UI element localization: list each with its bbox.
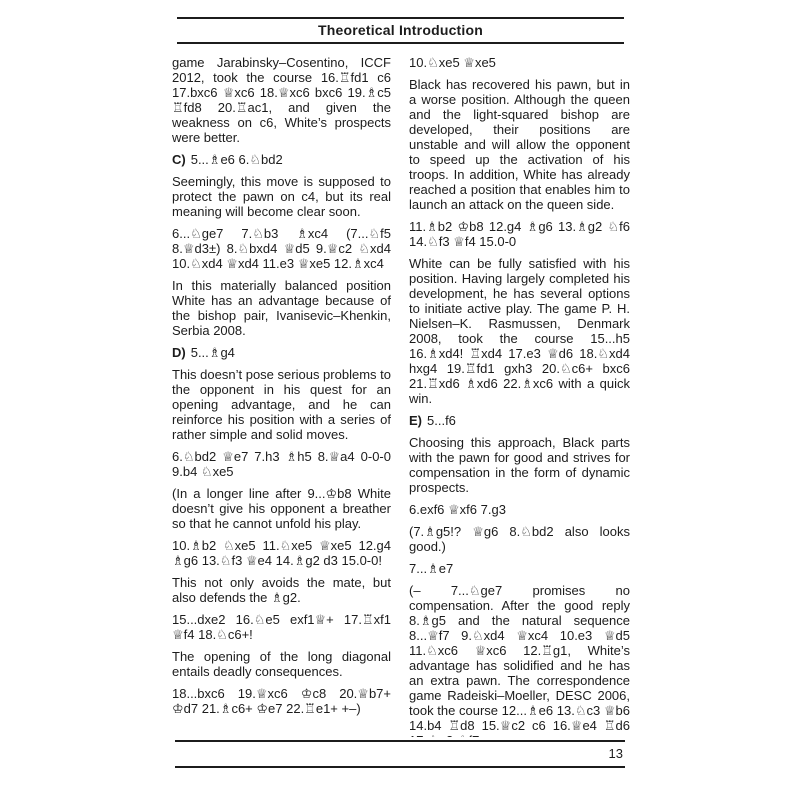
move-line: 6...♘ge7 7.♘b3 ♗xc4 (7...♘f5 8.♕d3±) 8.♘…	[172, 226, 391, 271]
move-line: 6.♘bd2 ♕e7 7.h3 ♗h5 8.♕a4 0-0-0 9.b4 ♘xe…	[172, 449, 391, 479]
paragraph-black-recovered-pawn: Black has recovered his pawn, but in a w…	[409, 77, 630, 212]
move-line: 10.♘xe5 ♕xe5	[409, 55, 630, 70]
variation-d-heading: D)5...♗g4	[172, 345, 391, 360]
variation-e-label: E)	[409, 413, 422, 428]
page-header: Theoretical Introduction	[177, 17, 624, 44]
move-line: 7...♗e7	[409, 561, 630, 576]
paragraph-seemingly: Seemingly, this move is supposed to prot…	[172, 174, 391, 219]
variation-d-label: D)	[172, 345, 186, 360]
paragraph-no-compensation: (– 7...♘ge7 promises no compensation. Af…	[409, 583, 630, 737]
variation-d-moves: 5...♗g4	[191, 345, 235, 360]
book-page: Theoretical Introduction game Jarabinsky…	[0, 0, 800, 800]
variation-c-heading: C)5...♗e6 6.♘bd2	[172, 152, 391, 167]
paragraph-choosing-approach: Choosing this approach, Black parts with…	[409, 435, 630, 495]
right-column: 10.♘xe5 ♕xe5 Black has recovered his paw…	[409, 55, 630, 737]
paragraph-no-serious-problems: This doesn’t pose serious problems to th…	[172, 367, 391, 442]
variation-e-heading: E)5...f6	[409, 413, 630, 428]
paragraph-avoids-mate: This not only avoids the mate, but also …	[172, 575, 391, 605]
move-line: 18...bxc6 19.♕xc6 ♔c8 20.♕b7+ ♔d7 21.♗c6…	[172, 686, 391, 716]
variation-e-moves: 5...f6	[427, 413, 456, 428]
move-line: 11.♗b2 ♔b8 12.g4 ♗g6 13.♗g2 ♘f6 14.♘f3 ♕…	[409, 219, 630, 249]
variation-c-label: C)	[172, 152, 186, 167]
paragraph-long-diagonal: The opening of the long diagonal entails…	[172, 649, 391, 679]
left-column: game Jarabinsky–Cosentino, ICCF 2012, to…	[172, 55, 391, 737]
paragraph-balanced-position: In this materially balanced position Whi…	[172, 278, 391, 338]
page-title: Theoretical Introduction	[177, 19, 624, 42]
variation-c-moves: 5...♗e6 6.♘bd2	[191, 152, 283, 167]
move-line: 15...dxe2 16.♘e5 exf1♕+ 17.♖xf1 ♕f4 18.♘…	[172, 612, 391, 642]
paragraph-longer-line: (In a longer line after 9...♔b8 White do…	[172, 486, 391, 531]
move-line: 10.♗b2 ♘xe5 11.♘xe5 ♕xe5 12.g4 ♗g6 13.♘f…	[172, 538, 391, 568]
page-number: 13	[175, 742, 625, 766]
paragraph-white-satisfied: White can be fully satisfied with his po…	[409, 256, 630, 406]
page-footer: 13	[175, 740, 625, 768]
paragraph-also-looks-good: (7.♗g5!? ♕g6 8.♘bd2 also looks good.)	[409, 524, 630, 554]
move-line: 6.exf6 ♕xf6 7.g3	[409, 502, 630, 517]
paragraph-jarabinsky-game: game Jarabinsky–Cosentino, ICCF 2012, to…	[172, 55, 391, 145]
